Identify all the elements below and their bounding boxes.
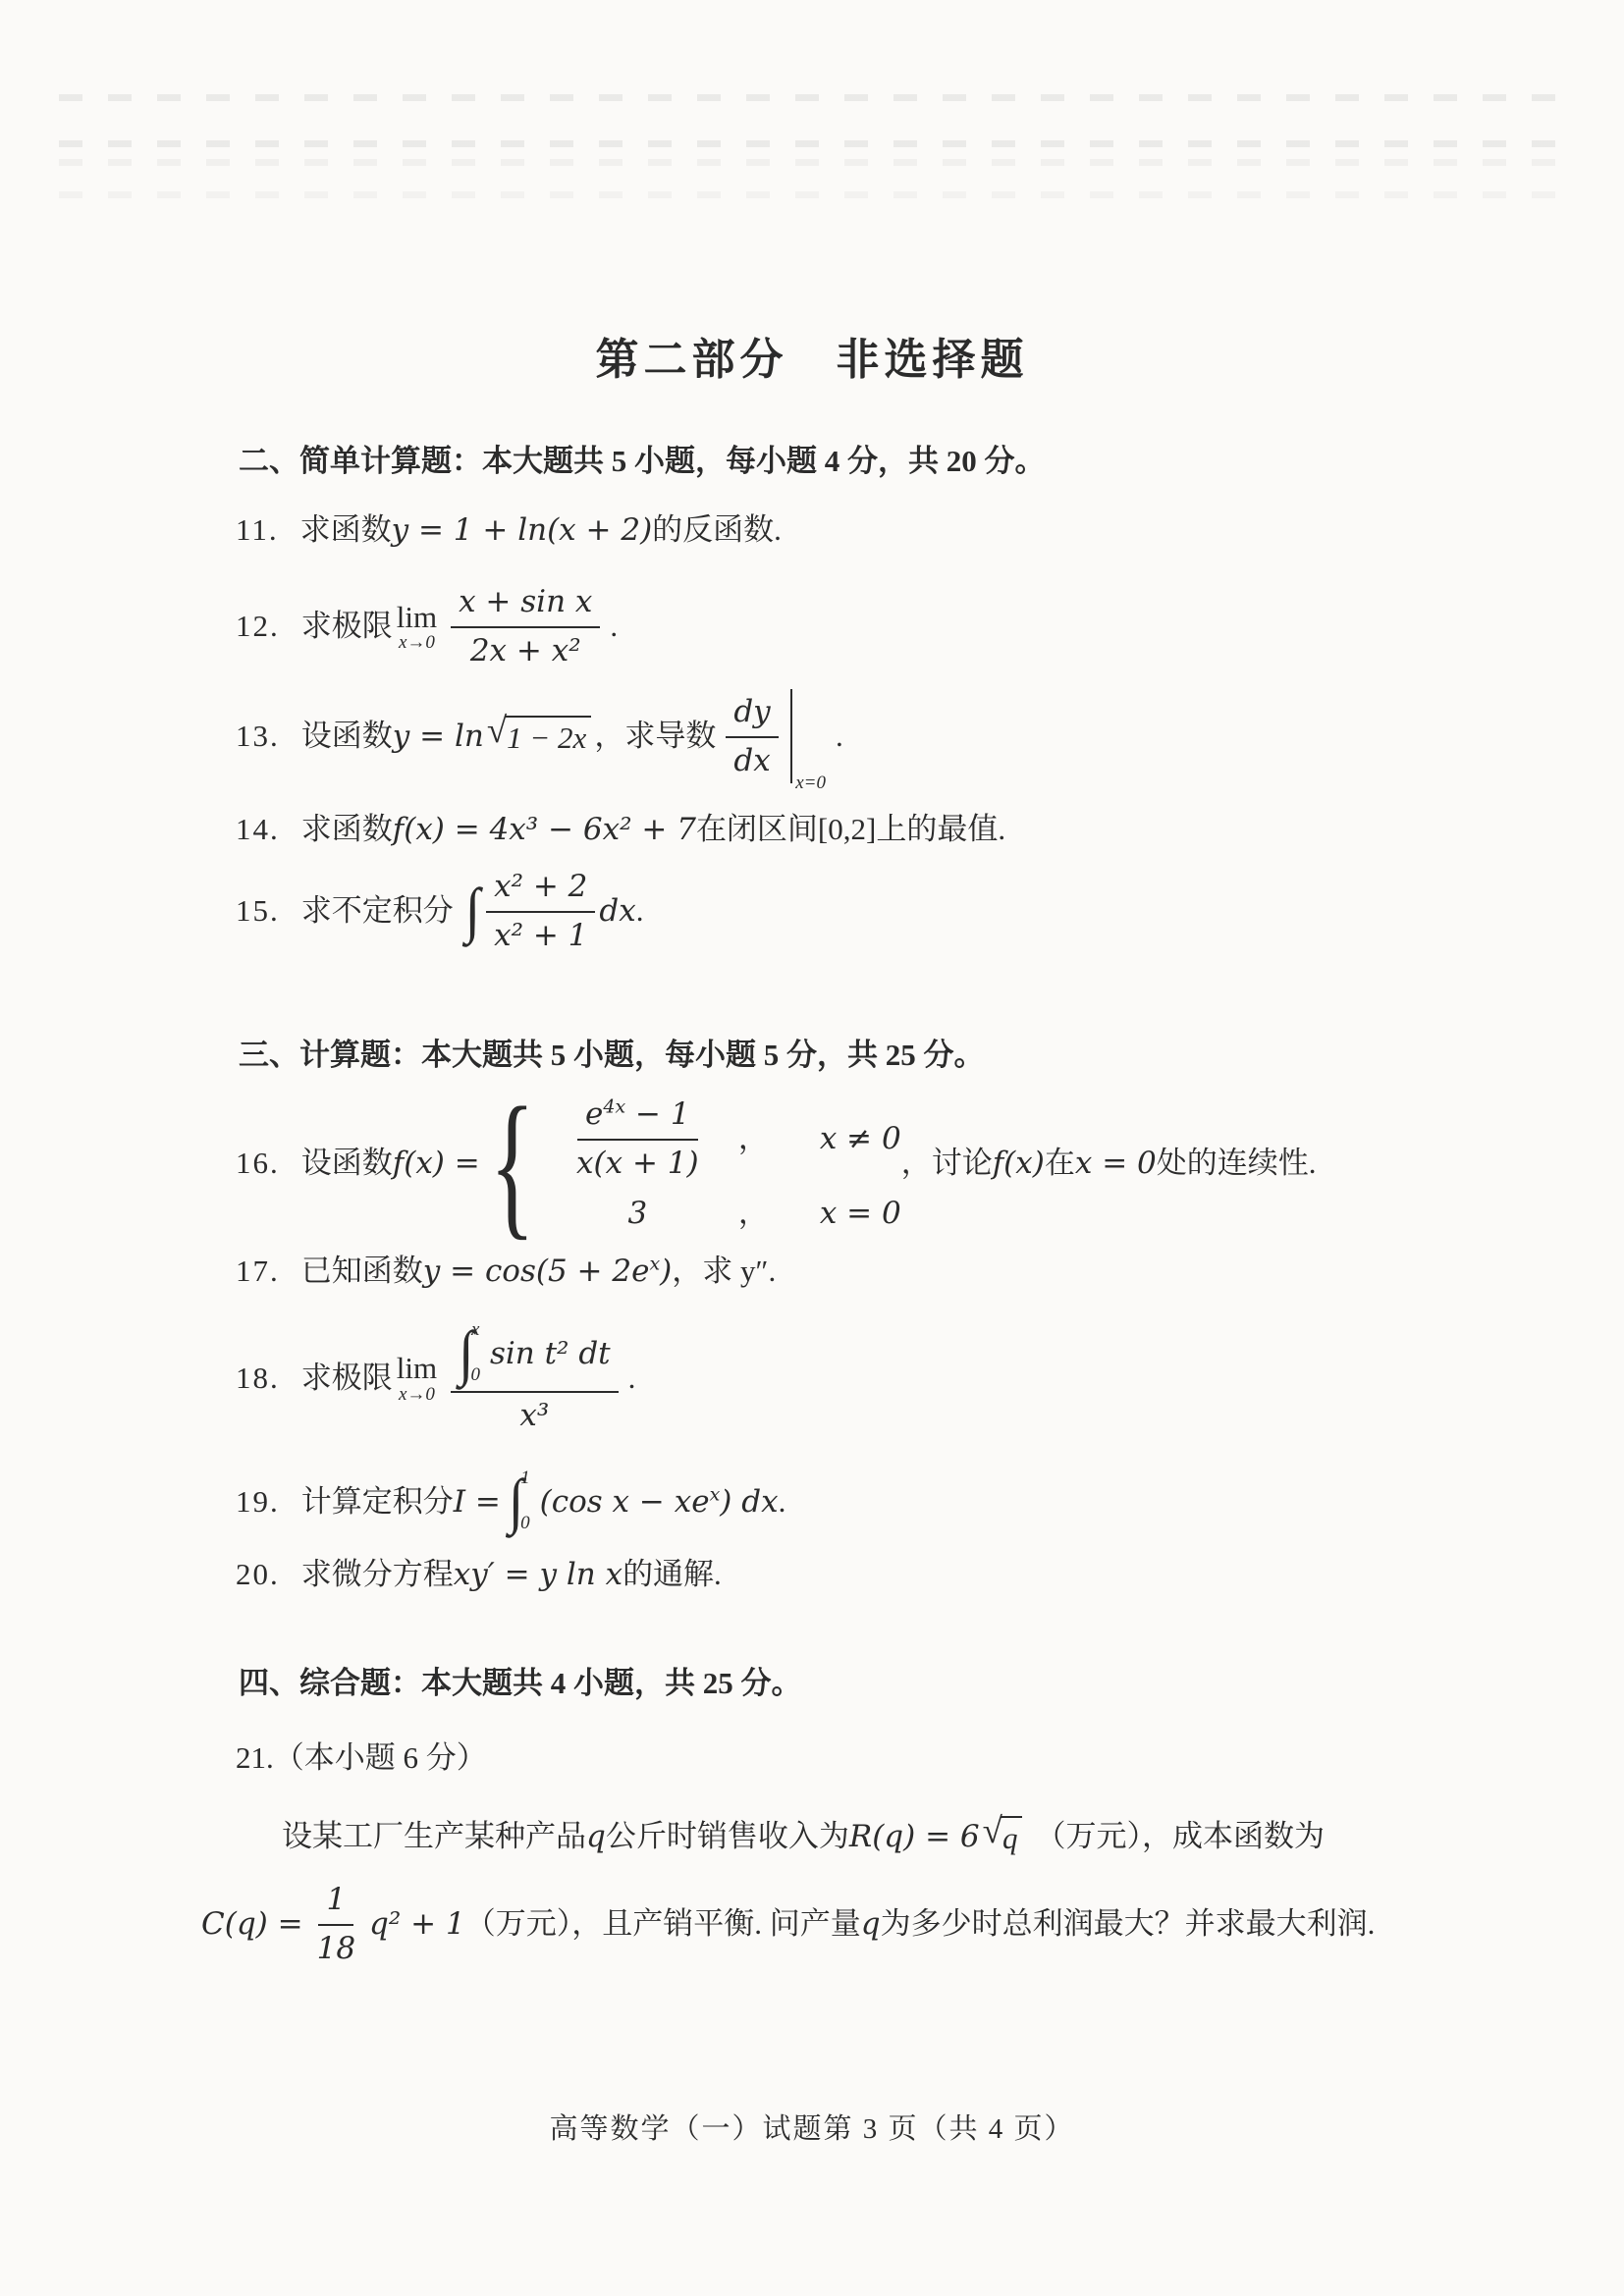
fraction: x² + 2 x² + 1 [486,868,595,955]
problem-text: 已知函数 [301,1253,423,1291]
case-comma: ， [738,1195,769,1233]
problem-text: . [636,892,644,931]
fraction-denominator: 18 [309,1926,363,1968]
problem-14: 14. 求函数 f(x) = 4x³ − 6x² + 7 在闭区间[0,2]上的… [236,811,1005,849]
problem-number: 14. [236,811,280,849]
problem-text: . [610,608,618,646]
problem-text: . [836,718,843,756]
problem-number: 13. [236,718,280,756]
case-value: e4x − 1 x(x + 1) [537,1095,738,1183]
problem-text: 设某工厂生产某种产品 [282,1818,586,1856]
problem-13: 13. 设函数 y = ln √ 1 − 2x ，求导数 dy dx x=0 . [236,689,843,783]
fraction-numerator: 1 [318,1881,353,1926]
integral-sign: ∫ [465,881,480,942]
exam-page: 第二部分 非选择题 二、简单计算题：本大题共 5 小题，每小题 4 分，共 20… [0,0,1624,2296]
problem-16: 16. 设函数 f(x) = { e4x − 1 x(x + 1) ， x ≠ … [236,1095,1317,1232]
math-expression: C(q) = [201,1905,303,1944]
problem-number: 20. [236,1556,280,1594]
section-heading-3: 三、计算题：本大题共 5 小题，每小题 5 分，共 25 分。 [239,1037,985,1075]
problem-number: 11. [236,511,279,550]
section-heading-2: 二、简单计算题：本大题共 5 小题，每小题 4 分，共 20 分。 [239,443,1046,481]
fraction-numerator: x² + 2 [486,868,595,913]
scan-artifact-row [59,140,1565,147]
lim-subscript: x→0 [399,1383,435,1407]
case-condition: x = 0 [820,1195,901,1233]
math-expression: y = ln [393,718,484,756]
problem-text: 在 [1045,1145,1075,1183]
fraction-numerator: dy [726,693,778,738]
integral-sign: ∫ [509,1471,523,1533]
fraction-denominator: 2x + x² [462,628,589,670]
problem-number: 17. [236,1253,280,1291]
scan-artifact-row [59,159,1565,166]
problem-text: ，求导数 [594,718,716,756]
fraction: 1 18 [309,1881,363,1968]
problem-text: 为多少时总利润最大？并求最大利润. [881,1905,1376,1944]
piecewise-cases: e4x − 1 x(x + 1) ， x ≠ 0 3 ， x = 0 [537,1095,901,1232]
math-expression: f(x) = [393,1145,480,1183]
fraction-numerator: x + sin x [451,583,600,628]
radical-sign: √ [983,1813,1002,1849]
math-expression: xy′ = y ln x [454,1556,623,1594]
case-row-2: 3 ， x = 0 [537,1195,901,1233]
problem-number: 18. [236,1360,280,1398]
problem-text: 公斤时销售收入为 [606,1818,849,1856]
problem-text: 求函数 [300,511,392,550]
problem-11: 11. 求函数 y = 1 + ln(x + 2) 的反函数. [236,511,782,550]
square-root: √ 1 − 2x [487,716,592,758]
problem-text: . [779,1483,786,1522]
problem-text: ，讨论 [901,1145,993,1183]
problem-number: 12. [236,608,280,646]
math-expression: y = cos(5 + 2ex) [423,1253,673,1291]
problem-number: 16. [236,1145,280,1183]
fraction: ∫ x 0 sin t² dt x³ [451,1321,619,1435]
problem-text: 设函数 [301,718,393,756]
fraction-denominator: x² + 1 [486,913,595,955]
definite-integral: ∫ x 0 [459,1321,486,1386]
fraction-numerator: ∫ x 0 sin t² dt [451,1321,619,1393]
math-expression: f(x) [993,1145,1045,1183]
problem-text: ，求 y″. [672,1253,776,1291]
case-value: 3 [537,1195,738,1233]
problem-17: 17. 已知函数 y = cos(5 + 2ex) ，求 y″. [236,1253,776,1291]
limit-operator: lim x→0 [397,1350,437,1407]
problem-number: 15. [236,892,280,931]
math-expression: R(q) = 6 [849,1818,980,1856]
fraction: dy dx [726,693,778,780]
problem-text: 设函数 [301,1145,393,1183]
problem-text: 计算定积分 [301,1483,454,1522]
integral-sign: ∫ [459,1323,473,1385]
problem-text: . [628,1360,636,1398]
scan-artifact-row [59,94,1565,101]
scan-artifact-row [59,191,1565,198]
fraction-denominator: x(x + 1) [568,1141,707,1183]
case-condition: x ≠ 0 [820,1120,901,1158]
problem-21-line2: C(q) = 1 18 q² + 1 （万元），且产销平衡. 问产量 q 为多少… [201,1881,1375,1968]
math-expression: y = 1 + ln(x + 2) [392,511,653,550]
integrand: sin t² dt [490,1335,611,1373]
section-heading-4: 四、综合题：本大题共 4 小题，共 25 分。 [239,1665,802,1703]
page-footer: 高等数学（一）试题第 3 页（共 4 页） [0,2107,1624,2147]
problem-text: 在闭区间[0,2]上的最值. [696,811,1005,849]
piecewise-brace: { [490,1083,535,1245]
fraction-numerator: e4x − 1 [577,1095,698,1141]
math-expression: x = 0 [1075,1145,1157,1183]
math-expression: q² + 1 [369,1905,465,1944]
page-title: 第二部分 非选择题 [0,324,1624,387]
problem-19: 19. 计算定积分 I = ∫ 1 0 (cos x − xex) dx . [236,1469,785,1534]
problem-12: 12. 求极限 lim x→0 x + sin x 2x + x² . [236,583,618,670]
math-expression: (cos x − xex) dx [540,1483,779,1522]
radicand: q [1001,1816,1023,1858]
problem-text: 求不定积分 [301,892,454,931]
problem-text: 的通解. [623,1556,722,1594]
problem-text: 处的连续性. [1157,1145,1317,1183]
square-root: √ q [983,1816,1023,1858]
exponent: x [649,1254,660,1275]
fraction: x + sin x 2x + x² [451,583,600,670]
problem-20: 20. 求微分方程 xy′ = y ln x 的通解. [236,1556,722,1594]
limit-operator: lim x→0 [397,599,437,656]
lim-subscript: x→0 [399,631,435,655]
math-variable: q [861,1905,881,1944]
problem-number: 19. [236,1483,280,1522]
problem-21-line1: 设某工厂生产某种产品 q 公斤时销售收入为 R(q) = 6 √ q （万元），… [282,1816,1325,1858]
evaluation-bar [790,689,793,783]
math-expression: I = [454,1483,501,1522]
radical-sign: √ [487,713,507,749]
problem-text: 求极限 [301,608,393,646]
math-expression: f(x) = 4x³ − 6x² + 7 [393,811,696,849]
problem-text: 求函数 [301,811,393,849]
derivative-evaluation: dy dx x=0 [716,689,826,783]
definite-integral: ∫ 1 0 [509,1469,536,1534]
case-row-1: e4x − 1 x(x + 1) ， x ≠ 0 [537,1095,901,1183]
evaluation-subscript: x=0 [795,772,826,795]
problem-text: 求极限 [301,1360,393,1398]
radicand: 1 − 2x [505,716,591,758]
problem-text: （万元），成本函数为 [1035,1818,1325,1856]
exponent: x [710,1483,721,1505]
fraction-denominator: x³ [512,1393,557,1435]
fraction: e4x − 1 x(x + 1) [568,1095,707,1183]
problem-text: 求微分方程 [301,1556,454,1594]
problem-text: （万元），且产销平衡. 问产量 [465,1905,861,1944]
fraction-denominator: dx [726,738,778,780]
problem-text: 的反函数. [652,511,782,550]
math-variable: q [586,1818,606,1856]
case-comma: ， [738,1120,769,1158]
problem-15: 15. 求不定积分 ∫ x² + 2 x² + 1 dx . [236,868,644,955]
problem-18: 18. 求极限 lim x→0 ∫ x 0 sin t² dt x³ . [236,1321,635,1435]
problem-21-heading: 21.（本小题 6 分） [236,1739,487,1778]
exponent: 4x [603,1096,625,1118]
differential: dx [599,892,635,931]
